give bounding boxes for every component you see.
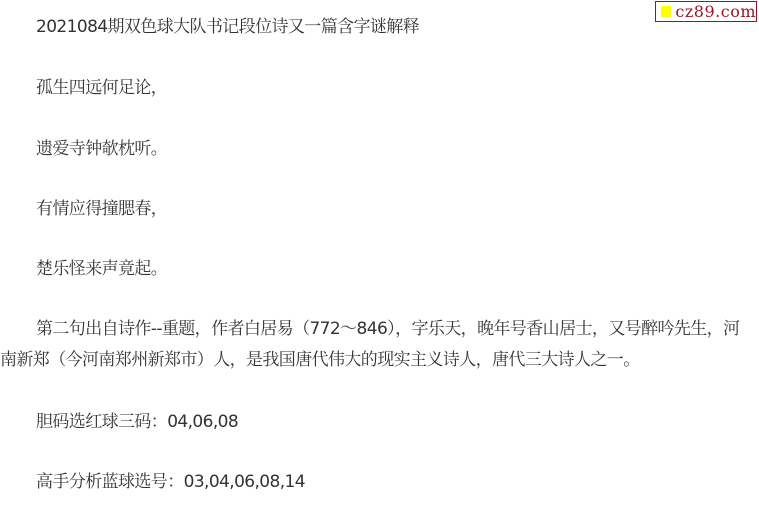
- poem-line-2: 遗爱寺钟欹枕听。: [0, 134, 752, 165]
- blue-ball-pick: 高手分析蓝球选号：03,04,06,08,14: [0, 467, 752, 498]
- explanation-paragraph: 第二句出自诗作--重题，作者白居易（772～846），字乐天，晚年号香山居士，又…: [0, 314, 752, 376]
- red-ball-pick: 胆码选红球三码：04,06,08: [0, 407, 752, 438]
- site-watermark: cz89.com: [655, 1, 757, 22]
- yellow-square-icon: [661, 6, 671, 17]
- watermark-text: cz89.com: [675, 2, 756, 21]
- poem-line-4: 楚乐怪来声竟起。: [0, 254, 752, 285]
- poem-line-3: 有情应得撞腮春，: [0, 194, 752, 225]
- poem-line-1: 孤生四远何足论，: [0, 73, 752, 104]
- article-title: 2021084期双色球大队书记段位诗又一篇含字谜解释: [0, 12, 752, 43]
